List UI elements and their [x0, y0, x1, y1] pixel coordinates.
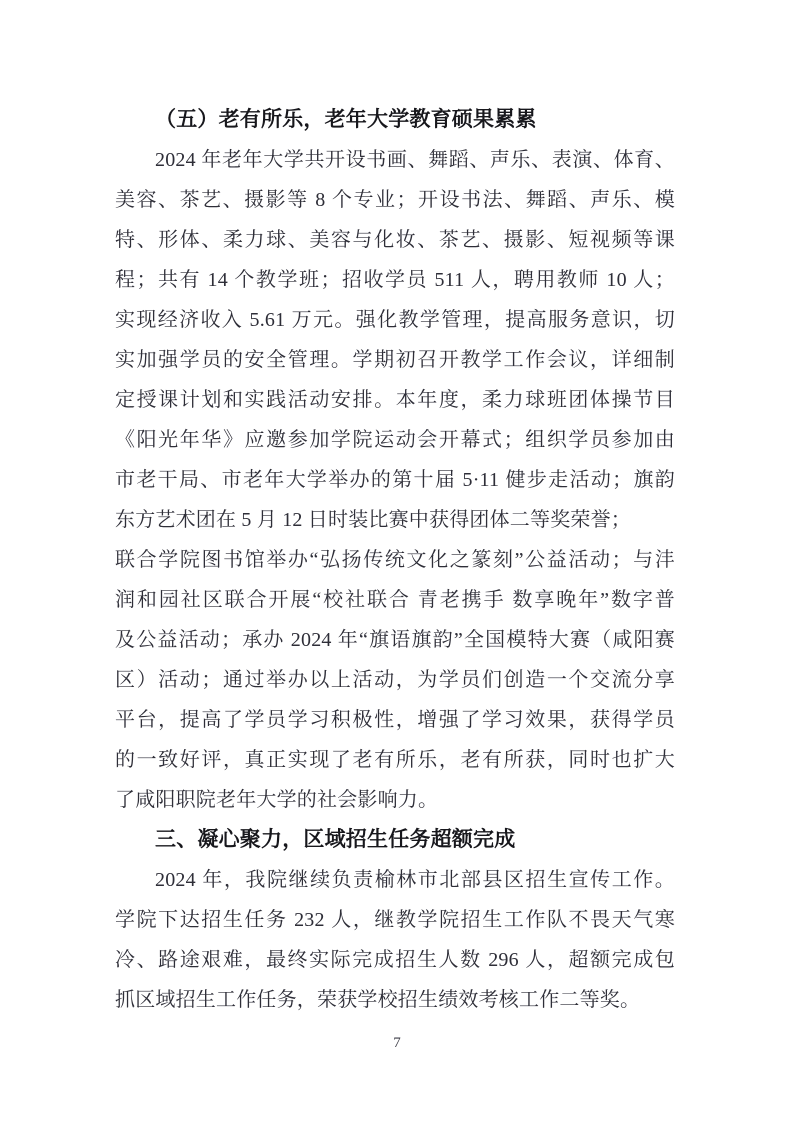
document-page: （五）老有所乐，老年大学教育硕果累累2024 年老年大学共开设书画、舞蹈、声乐、…	[0, 0, 794, 1123]
text-line: 程；共有 14 个教学班；招收学员 511 人，聘用教师 10 人；	[115, 260, 675, 300]
text-line: 及公益活动；承办 2024 年“旗语旗韵”全国模特大赛（咸阳赛	[115, 620, 675, 660]
text-line: 实加强学员的安全管理。学期初召开教学工作会议，详细制	[115, 340, 675, 380]
text-line: 抓区域招生工作任务，荣获学校招生绩效考核工作二等奖。	[115, 980, 675, 1020]
text-line: 定授课计划和实践活动安排。本年度，柔力球班团体操节目	[115, 380, 675, 420]
text-line: 了咸阳职院老年大学的社会影响力。	[115, 780, 675, 820]
text-line: 《阳光年华》应邀参加学院运动会开幕式；组织学员参加由	[115, 420, 675, 460]
text-line: 联合学院图书馆举办“弘扬传统文化之篆刻”公益活动；与沣	[115, 540, 675, 580]
text-line: 市老干局、市老年大学举办的第十届 5·11 健步走活动；旗韵	[115, 460, 675, 500]
text-line: 的一致好评，真正实现了老有所乐，老有所获，同时也扩大	[115, 740, 675, 780]
text-line: 润和园社区联合开展“校社联合 青老携手 数享晚年”数字普	[115, 580, 675, 620]
text-line: 实现经济收入 5.61 万元。强化教学管理，提高服务意识，切	[115, 300, 675, 340]
text-line: 平台，提高了学员学习积极性，增强了学习效果，获得学员	[115, 700, 675, 740]
text-line: 2024 年，我院继续负责榆林市北部县区招生宣传工作。	[115, 860, 675, 900]
text-line: 特、形体、柔力球、美容与化妆、茶艺、摄影、短视频等课	[115, 220, 675, 260]
document-content: （五）老有所乐，老年大学教育硕果累累2024 年老年大学共开设书画、舞蹈、声乐、…	[115, 100, 675, 1020]
text-line: 2024 年老年大学共开设书画、舞蹈、声乐、表演、体育、	[115, 140, 675, 180]
section-heading: 三、凝心聚力，区域招生任务超额完成	[115, 820, 675, 860]
text-line: 学院下达招生任务 232 人，继教学院招生工作队不畏天气寒	[115, 900, 675, 940]
text-line: 美容、茶艺、摄影等 8 个专业；开设书法、舞蹈、声乐、模	[115, 180, 675, 220]
text-line: 区）活动；通过举办以上活动，为学员们创造一个交流分享	[115, 660, 675, 700]
page-number: 7	[0, 1031, 794, 1055]
text-line: 东方艺术团在 5 月 12 日时装比赛中获得团体二等奖荣誉；	[115, 500, 675, 540]
text-line: 冷、路途艰难，最终实际完成招生人数 296 人，超额完成包	[115, 940, 675, 980]
section-heading: （五）老有所乐，老年大学教育硕果累累	[115, 100, 675, 140]
